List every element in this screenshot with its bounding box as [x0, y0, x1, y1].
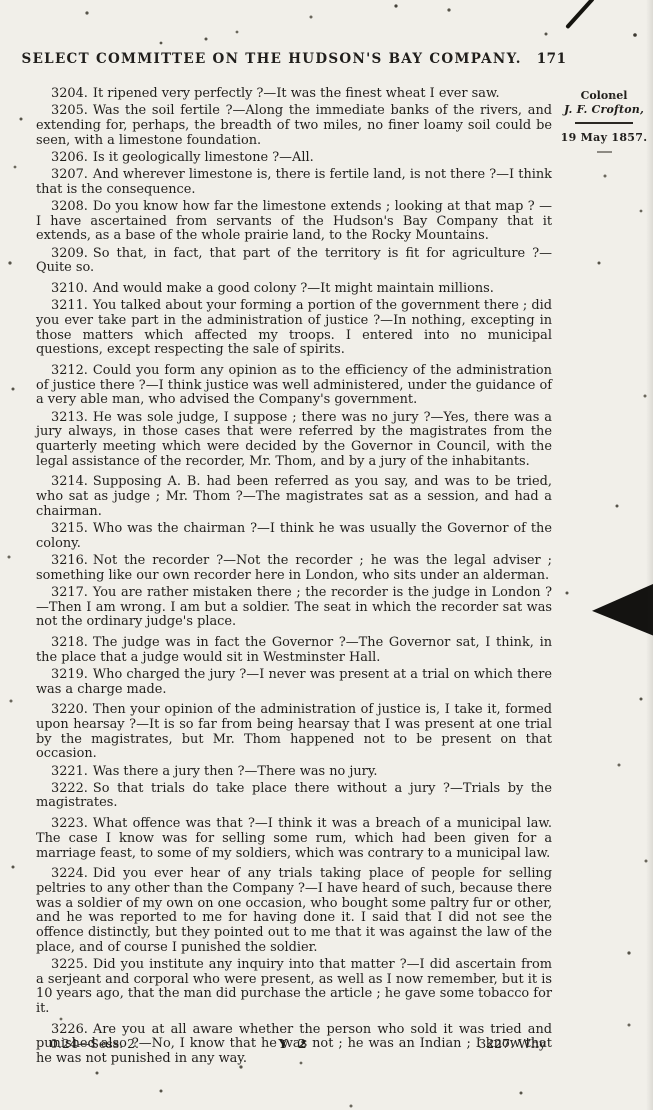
- qa-paragraph: 3213.He was sole judge, I suppose ; ther…: [36, 411, 552, 470]
- question-text: So that, in fact, that part of the terri…: [36, 246, 552, 276]
- question-text: Do you know how far the limestone extend…: [36, 199, 552, 243]
- question-number: 3206.: [51, 150, 93, 165]
- page-number: 171: [537, 51, 567, 67]
- testimony-date: 19 May 1857.: [556, 131, 652, 144]
- question-number: 3226.: [51, 1022, 93, 1037]
- question-number: 3219.: [51, 667, 93, 682]
- question-number: 3221.: [51, 764, 93, 779]
- scan-artifact-wedge: [592, 584, 653, 640]
- question-text: And would make a good colony ?—It might …: [93, 281, 494, 296]
- qa-paragraph: 3210.And would make a good colony ?—It m…: [36, 282, 552, 297]
- catchword: 3227. Why: [478, 1036, 546, 1051]
- testimony-body: 3204.It ripened very perfectly ?—It was …: [36, 87, 552, 1067]
- question-text: Then your opinion of the administration …: [36, 702, 552, 761]
- question-text: You are rather mistaken there ; the reco…: [36, 585, 552, 629]
- qa-paragraph: 3212.Could you form any opinion as to th…: [36, 364, 552, 408]
- witness-name: J. F. Crofton,: [556, 103, 652, 116]
- document-page: SELECT COMMITTEE ON THE HUDSON'S BAY COM…: [0, 0, 653, 1110]
- question-text: Was there a jury then ?—There was no jur…: [93, 764, 378, 779]
- question-number: 3205.: [51, 103, 93, 118]
- question-text: Was the soil fertile ?—Along the immedia…: [36, 103, 552, 147]
- qa-paragraph: 3220.Then your opinion of the administra…: [36, 703, 552, 762]
- qa-paragraph: 3222.So that trials do take place there …: [36, 782, 552, 811]
- question-number: 3207.: [51, 167, 93, 182]
- running-head: SELECT COMMITTEE ON THE HUDSON'S BAY COM…: [36, 51, 552, 67]
- qa-paragraph: 3223.What offence was that ?—I think it …: [36, 817, 552, 861]
- question-text: Is it geologically limestone ?—All.: [93, 150, 314, 165]
- question-text: It ripened very perfectly ?—It was the f…: [93, 86, 500, 101]
- question-text: Did you ever hear of any trials taking p…: [36, 866, 552, 955]
- press-mark: Y 2: [279, 1036, 310, 1051]
- question-number: 3213.: [51, 410, 93, 425]
- qa-paragraph: 3219.Who charged the jury ?—I never was …: [36, 668, 552, 697]
- question-number: 3211.: [51, 298, 93, 313]
- question-text: You talked about your forming a portion …: [36, 298, 552, 357]
- witness-margin-note: Colonel J. F. Crofton, 19 May 1857.: [556, 89, 652, 153]
- scan-edge-shade: [646, 0, 653, 1110]
- question-text: Could you form any opinion as to the eff…: [36, 363, 552, 407]
- qa-paragraph: 3221.Was there a jury then ?—There was n…: [36, 765, 552, 780]
- question-number: 3216.: [51, 553, 93, 568]
- qa-paragraph: 3207.And wherever limestone is, there is…: [36, 168, 552, 197]
- qa-paragraph: 3205.Was the soil fertile ?—Along the im…: [36, 104, 552, 148]
- witness-rank: Colonel: [556, 89, 652, 102]
- qa-paragraph: 3204.It ripened very perfectly ?—It was …: [36, 87, 552, 102]
- scan-artifact-speckles: [0, 0, 2, 2]
- qa-paragraph: 3225.Did you institute any inquiry into …: [36, 958, 552, 1017]
- question-number: 3215.: [51, 521, 93, 536]
- question-number: 3220.: [51, 702, 93, 717]
- scan-artifact-pen-stroke: [565, 0, 595, 29]
- page-footer: 0.24—Sess. 2. Y 2 3227. Why: [36, 1036, 552, 1052]
- question-text: Who was the chairman ?—I think he was us…: [36, 521, 552, 551]
- qa-paragraph: 3224.Did you ever hear of any trials tak…: [36, 867, 552, 955]
- question-text: Not the recorder ?—Not the recorder ; he…: [36, 553, 552, 583]
- qa-paragraph: 3215.Who was the chairman ?—I think he w…: [36, 522, 552, 551]
- session-signature: 0.24—Sess. 2.: [50, 1036, 139, 1051]
- question-number: 3212.: [51, 363, 93, 378]
- question-number: 3225.: [51, 957, 93, 972]
- qa-paragraph: 3208.Do you know how far the limestone e…: [36, 200, 552, 244]
- question-number: 3204.: [51, 86, 93, 101]
- margin-rule: [575, 122, 633, 124]
- question-number: 3209.: [51, 246, 93, 261]
- question-text: And wherever limestone is, there is fert…: [36, 167, 552, 197]
- qa-paragraph: 3206.Is it geologically limestone ?—All.: [36, 151, 552, 166]
- page-title: SELECT COMMITTEE ON THE HUDSON'S BAY COM…: [22, 51, 522, 67]
- qa-paragraph: 3218.The judge was in fact the Governor …: [36, 636, 552, 665]
- qa-paragraph: 3211.You talked about your forming a por…: [36, 299, 552, 358]
- question-number: 3222.: [51, 781, 93, 796]
- question-number: 3223.: [51, 816, 93, 831]
- question-text: What offence was that ?—I think it was a…: [36, 816, 552, 860]
- question-text: Supposing A. B. had been referred as you…: [36, 474, 552, 518]
- question-text: The judge was in fact the Governor ?—The…: [36, 635, 552, 665]
- question-number: 3217.: [51, 585, 93, 600]
- qa-paragraph: 3216.Not the recorder ?—Not the recorder…: [36, 554, 552, 583]
- question-number: 3210.: [51, 281, 93, 296]
- question-text: Did you institute any inquiry into that …: [36, 957, 552, 1016]
- margin-dash-mark: [597, 151, 612, 153]
- question-text: So that trials do take place there witho…: [36, 781, 552, 811]
- question-text: He was sole judge, I suppose ; there was…: [36, 410, 552, 469]
- qa-paragraph: 3217.You are rather mistaken there ; the…: [36, 586, 552, 630]
- qa-paragraph: 3214.Supposing A. B. had been referred a…: [36, 475, 552, 519]
- qa-paragraph: 3209.So that, in fact, that part of the …: [36, 247, 552, 276]
- question-number: 3218.: [51, 635, 93, 650]
- question-text: Who charged the jury ?—I never was prese…: [36, 667, 552, 697]
- question-number: 3214.: [51, 474, 93, 489]
- question-number: 3208.: [51, 199, 93, 214]
- question-number: 3224.: [51, 866, 93, 881]
